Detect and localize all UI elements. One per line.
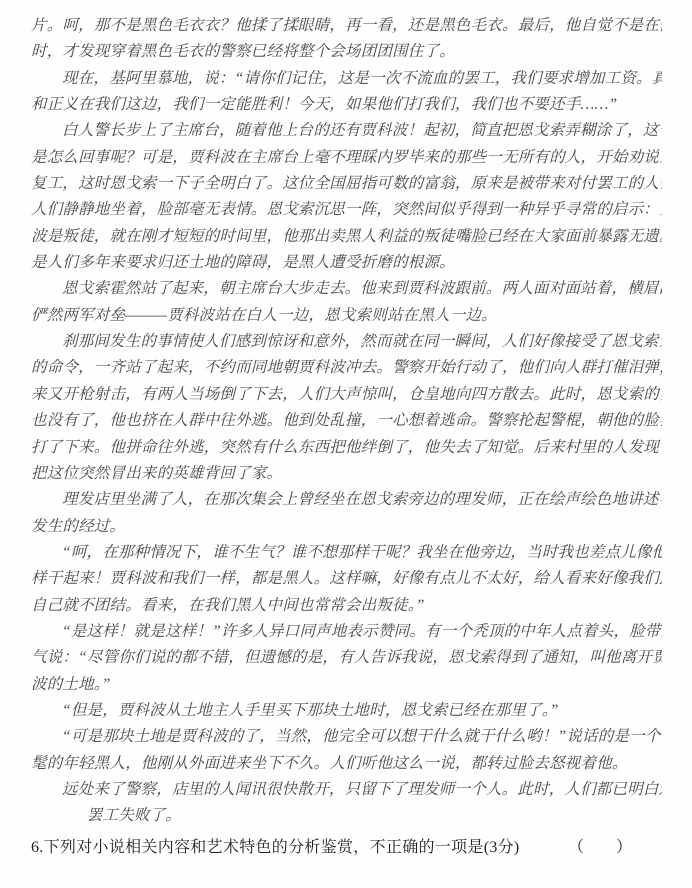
passage-line: 波的土地。” bbox=[31, 672, 662, 698]
question-text: 6.下列对小说相关内容和艺术特色的分析鉴赏，不正确的一项是(3分) bbox=[31, 836, 520, 860]
passage-line: 是人们多年来要求归还土地的障碍，是黑人遭受折磨的根源。 bbox=[31, 250, 662, 276]
passage-line: 时，才发现穿着黑色毛衣的警察已经将整个会场团团围住了。 bbox=[31, 39, 662, 65]
passage-line: 气说：“尽管你们说的都不错，但遗憾的是，有人告诉我说，恩戈索得到了通知，叫他离开… bbox=[31, 645, 662, 671]
passage-line: 人们静静地坐着，脸部毫无表情。恩戈索沉思一阵，突然间似乎得到一种异乎寻常的启示：… bbox=[31, 197, 662, 223]
passage-line: 的命令，一齐站了起来，不约而同地朝贾科波冲去。警察开始行动了，他们向人群打催泪弹… bbox=[31, 355, 662, 381]
passage-line: 远处来了警察，店里的人闻讯很快散开，只留下了理发师一个人。此时，人们都已明白这次 bbox=[31, 777, 662, 803]
passage-line: 发生的经过。 bbox=[31, 514, 662, 540]
passage-line: 刹那间发生的事情使人们感到惊讶和意外，然而就在同一瞬间，人们好像接受了恩戈索无声 bbox=[31, 329, 662, 355]
passage-line: 罢工失败了。 bbox=[31, 803, 662, 829]
exam-page: 片。呵，那不是黑色毛衣衣？他揉了揉眼睛，再一看，还是黑色毛衣。最后，他自觉不是在… bbox=[0, 0, 692, 888]
passage-line: 复工，这时恩戈索一下子全明白了。这位全国屈指可数的富翁，原来是被带来对付罢工的人… bbox=[31, 171, 662, 197]
passage-line: 也没有了，他也挤在人群中往外逃。他到处乱撞，一心想着逃命。警察抡起警棍，朝他的脸… bbox=[31, 408, 662, 434]
passage: 片。呵，那不是黑色毛衣衣？他揉了揉眼睛，再一看，还是黑色毛衣。最后，他自觉不是在… bbox=[31, 13, 662, 830]
passage-line: “但是，贾科波从土地主人手里买下那块土地时，恩戈索已经在那里了。” bbox=[31, 698, 662, 724]
passage-line: 波是叛徒，就在刚才短短的时间里，他那出卖黑人利益的叛徒嘴脸已经在大家面前暴露无遗… bbox=[31, 224, 662, 250]
passage-line: 自己就不团结。看来，在我们黑人中间也常常会出叛徒。” bbox=[31, 593, 662, 619]
passage-line: 来又开枪射击，有两人当场倒了下去，人们大声惊叫，仓皇地向四方散去。此时，恩戈索的… bbox=[31, 382, 662, 408]
passage-line: 和正义在我们这边，我们一定能胜利！今天，如果他们打我们，我们也不要还手……” bbox=[31, 92, 662, 118]
passage-line: 把这位突然冒出来的英雄背回了家。 bbox=[31, 461, 662, 487]
passage-line: 理发店里坐满了人，在那次集会上曾经坐在恩戈索旁边的理发师，正在绘声绘色地讲述事情 bbox=[31, 487, 662, 513]
passage-line: 片。呵，那不是黑色毛衣衣？他揉了揉眼睛，再一看，还是黑色毛衣。最后，他自觉不是在… bbox=[31, 13, 662, 39]
answer-brackets: （ ） bbox=[568, 836, 640, 860]
passage-line: 白人警长步上了主席台，随着他上台的还有贾科波！起初，简直把恩戈索弄糊涂了，这一切 bbox=[31, 118, 662, 144]
passage-line: “呵，在那种情况下，谁不生气？谁不想那样干呢？我坐在他旁边，当时我也差点儿像他那 bbox=[31, 540, 662, 566]
passage-line: 髦的年轻黑人，他刚从外面进来坐下不久。人们听他这么一说，都转过脸去怒视着他。 bbox=[31, 751, 662, 777]
passage-line: 样干起来！贾科波和我们一样，都是黑人。这样嘛，好像有点儿不太好，给人看来好像我们… bbox=[31, 566, 662, 592]
passage-line: 俨然两军对垒———贾科波站在白人一边，恩戈索则站在黑人一边。 bbox=[31, 303, 662, 329]
question-line: 6.下列对小说相关内容和艺术特色的分析鉴赏，不正确的一项是(3分) （ ） bbox=[31, 836, 662, 860]
passage-line: 打了下来。他拼命往外逃，突然有什么东西把他绊倒了，他失去了知觉。后来村里的人发现… bbox=[31, 435, 662, 461]
passage-line: 现在，基阿里慕地，说：“请你们记住，这是一次不流血的罢工，我们要求增加工资。真理 bbox=[31, 66, 662, 92]
passage-line: 恩戈索霍然站了起来，朝主席台大步走去。他来到贾科波跟前。两人面对面站着，横眉冷对… bbox=[31, 276, 662, 302]
passage-line: 是怎么回事呢？可是，贾科波在主席台上毫不理睬内罗毕来的那些一无所有的人，开始劝说… bbox=[31, 145, 662, 171]
passage-line: “可是那块土地是贾科波的了，当然，他完全可以想干什么就干什么哟！”说话的是一个时 bbox=[31, 724, 662, 750]
passage-line: “是这样！就是这样！”许多人异口同声地表示赞同。有一个秃顶的中年人点着头，脸带怒 bbox=[31, 619, 662, 645]
